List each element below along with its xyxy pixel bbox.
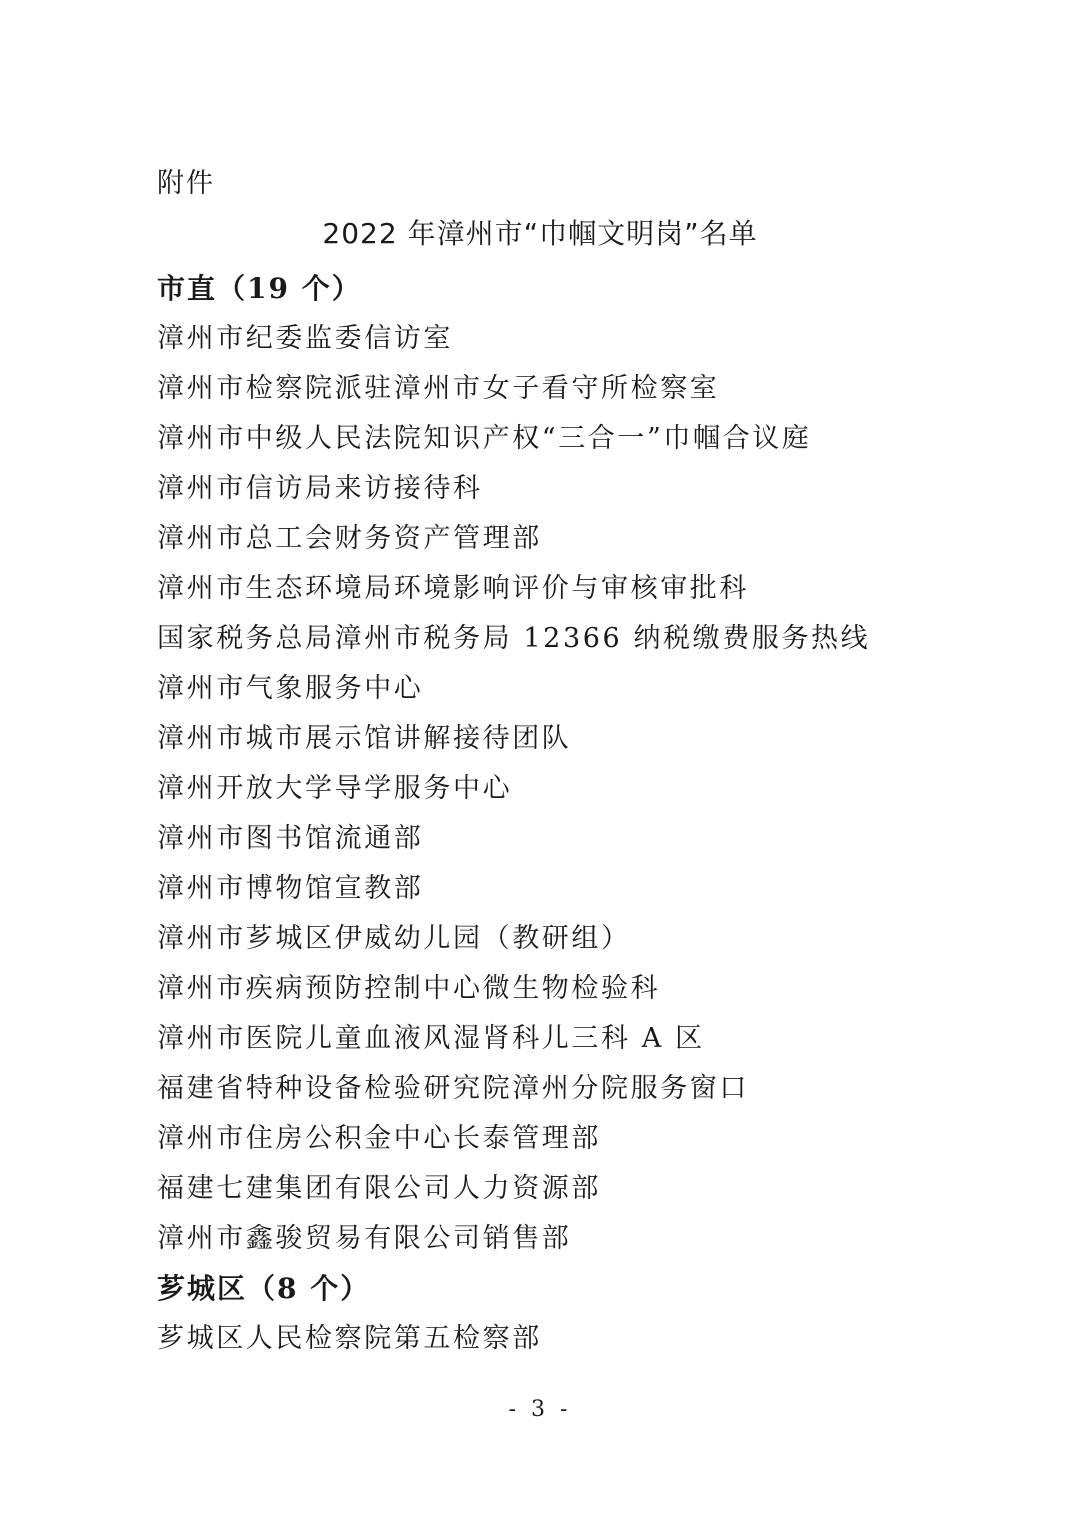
list-item: 漳州市鑫骏贸易有限公司销售部: [157, 1214, 1037, 1264]
list-item: 漳州市疾病预防控制中心微生物检验科: [157, 964, 1037, 1014]
document-body: 市直（19 个） 漳州市纪委监委信访室 漳州市检察院派驻漳州市女子看守所检察室 …: [157, 264, 1037, 1364]
list-item: 福建七建集团有限公司人力资源部: [157, 1164, 1037, 1214]
list-item: 漳州市博物馆宣教部: [157, 864, 1037, 914]
list-item: 漳州市图书馆流通部: [157, 814, 1037, 864]
section-heading-shizhi: 市直（19 个）: [157, 264, 1037, 314]
list-item: 漳州市中级人民法院知识产权“三合一”巾帼合议庭: [157, 414, 1037, 464]
list-item: 漳州市芗城区伊威幼儿园（教研组）: [157, 914, 1037, 964]
list-item: 漳州市医院儿童血液风湿肾科儿三科 A 区: [157, 1014, 1037, 1064]
list-item: 漳州市生态环境局环境影响评价与审核审批科: [157, 564, 1037, 614]
list-item: 国家税务总局漳州市税务局 12366 纳税缴费服务热线: [157, 614, 1037, 664]
list-item: 福建省特种设备检验研究院漳州分院服务窗口: [157, 1064, 1037, 1114]
document-title: 2022 年漳州市“巾帼文明岗”名单: [0, 214, 1080, 254]
attachment-label: 附件: [157, 166, 215, 202]
page-number: - 3 -: [0, 1395, 1080, 1425]
list-item: 漳州开放大学导学服务中心: [157, 764, 1037, 814]
document-title-text: 2022 年漳州市“巾帼文明岗”名单: [322, 214, 757, 254]
document-page: 附件 2022 年漳州市“巾帼文明岗”名单 市直（19 个） 漳州市纪委监委信访…: [0, 0, 1080, 1527]
list-item: 漳州市信访局来访接待科: [157, 464, 1037, 514]
list-item: 芗城区人民检察院第五检察部: [157, 1314, 1037, 1364]
list-item: 漳州市总工会财务资产管理部: [157, 514, 1037, 564]
list-item: 漳州市检察院派驻漳州市女子看守所检察室: [157, 364, 1037, 414]
list-item: 漳州市住房公积金中心长泰管理部: [157, 1114, 1037, 1164]
list-item: 漳州市城市展示馆讲解接待团队: [157, 714, 1037, 764]
list-item: 漳州市气象服务中心: [157, 664, 1037, 714]
section-heading-xiangcheng: 芗城区（8 个）: [157, 1264, 1037, 1314]
list-item: 漳州市纪委监委信访室: [157, 314, 1037, 364]
